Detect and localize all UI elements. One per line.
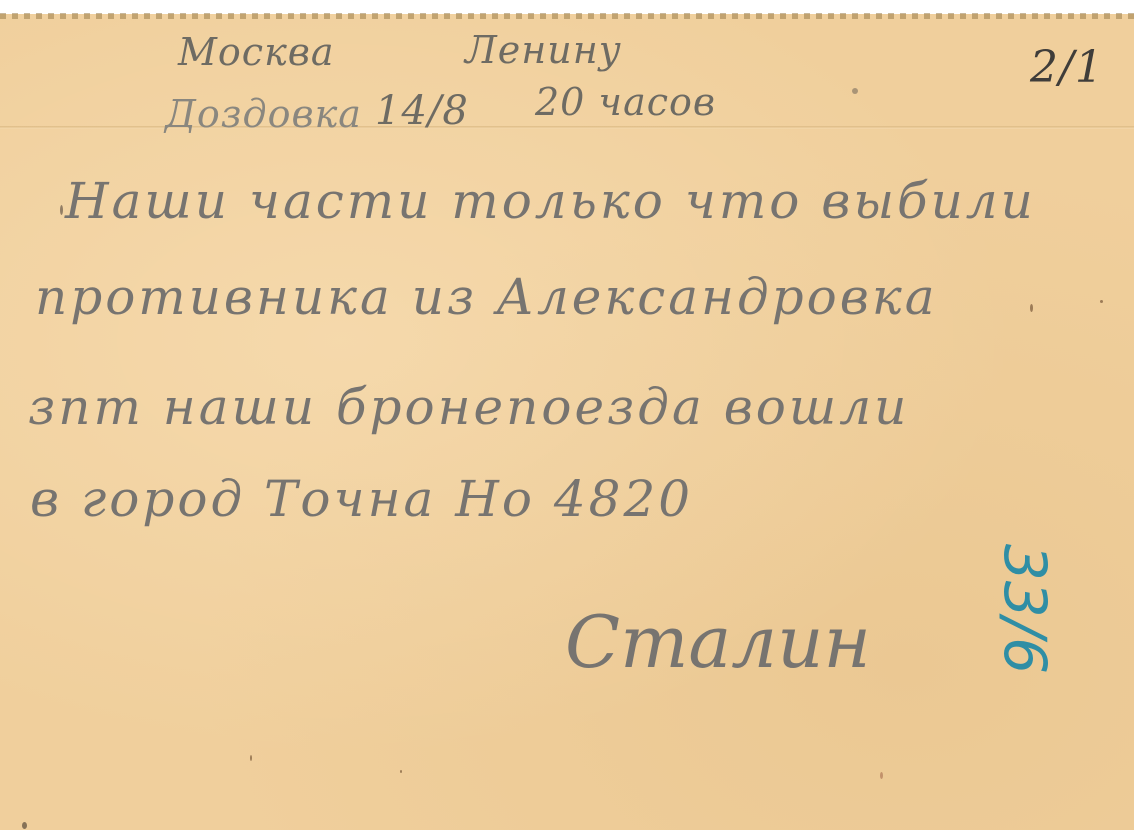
paper-speck xyxy=(880,772,883,779)
header-addressee: Ленину xyxy=(465,28,622,72)
paper-speck xyxy=(22,822,27,829)
header-date: 14/8 xyxy=(375,88,469,134)
blue-pencil-annotation: 33/6 xyxy=(991,544,1059,674)
body-line-3: зпт наши бронепоезда вошли xyxy=(28,378,909,436)
paper-speck xyxy=(1030,304,1033,312)
header-place: Москва xyxy=(178,30,335,74)
body-line-2: противника из Александровка xyxy=(35,268,938,326)
body-line-4: в город Точна Но 4820 xyxy=(30,470,693,528)
body-line-1: Наши части только что выбили xyxy=(65,172,1036,230)
paper-speck xyxy=(1100,300,1103,303)
paper-speck xyxy=(60,205,63,215)
paper-speck xyxy=(250,755,252,761)
paper-speck xyxy=(400,770,402,773)
paper-speck xyxy=(852,88,858,94)
signature: Сталин xyxy=(565,600,871,684)
perforated-edge-shadow xyxy=(0,13,1134,19)
header-time: 20 часов xyxy=(535,80,716,124)
page-number: 2/1 xyxy=(1030,42,1104,93)
header-origin: Доздовка xyxy=(165,92,362,136)
